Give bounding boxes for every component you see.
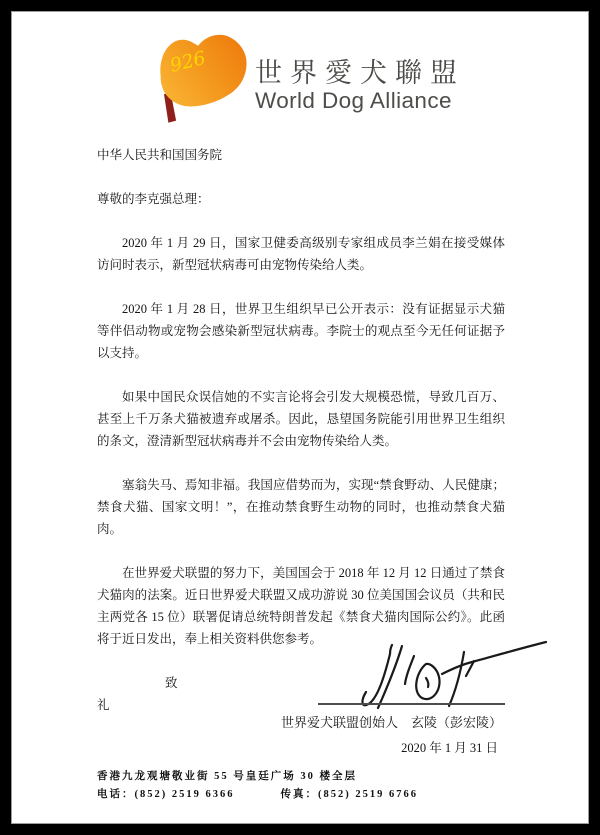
footer-phone-fax: 电话：(852) 2519 6366传真：(852) 2519 6766 xyxy=(97,786,418,804)
letter-date: 2020 年 1 月 31 日 xyxy=(401,738,498,756)
wda-flag-logo: 926 xyxy=(142,26,252,136)
screenshot-background: 926 世界愛犬聯盟 World Dog Alliance 中华人民共和国国务院… xyxy=(0,0,600,835)
signatory-name: 世界爱犬联盟创始人 玄陵（彭宏陵） xyxy=(281,712,502,731)
salutation-line: 尊敬的李克强总理： xyxy=(97,188,505,210)
footer-fax: 传真：(852) 2519 6766 xyxy=(281,789,419,800)
letterhead: 世界愛犬聯盟 World Dog Alliance xyxy=(255,58,465,114)
paragraph-5: 在世界爱犬联盟的努力下，美国国会于 2018 年 12 月 12 日通过了禁食犬… xyxy=(97,562,505,650)
letter-page: 926 世界愛犬聯盟 World Dog Alliance 中华人民共和国国务院… xyxy=(12,12,588,823)
paragraph-3: 如果中国民众误信她的不实言论将会引发大规模恐慌，导致几百万、甚至上千万条犬猫被遗… xyxy=(97,386,505,452)
paragraph-2: 2020 年 1 月 28 日，世界卫生组织早已公开表示：没有证据显示犬猫等伴侣… xyxy=(97,298,505,364)
footer-contact: 香港九龙观塘敬业街 55 号皇廷广场 30 楼全层 电话：(852) 2519 … xyxy=(97,768,418,804)
recipient-line: 中华人民共和国国务院 xyxy=(97,144,505,166)
flag-shape-icon: 926 xyxy=(160,35,246,107)
paragraph-1: 2020 年 1 月 29 日，国家卫健委高级别专家组成员李兰娟在接受媒体访问时… xyxy=(97,232,505,276)
footer-phone: 电话：(852) 2519 6366 xyxy=(97,789,235,800)
org-name-zh: 世界愛犬聯盟 xyxy=(255,58,465,88)
letter-body: 中华人民共和国国务院 尊敬的李克强总理： 2020 年 1 月 29 日，国家卫… xyxy=(97,144,505,716)
signature-scrawl xyxy=(342,640,554,712)
paragraph-4: 塞翁失马、焉知非福。我国应借势而为，实现“禁食野动、人民健康；禁食犬猫、国家文明… xyxy=(97,474,505,540)
org-name-en: World Dog Alliance xyxy=(255,88,465,114)
signature-line xyxy=(318,703,505,705)
footer-address: 香港九龙观塘敬业街 55 号皇廷广场 30 楼全层 xyxy=(97,768,418,786)
